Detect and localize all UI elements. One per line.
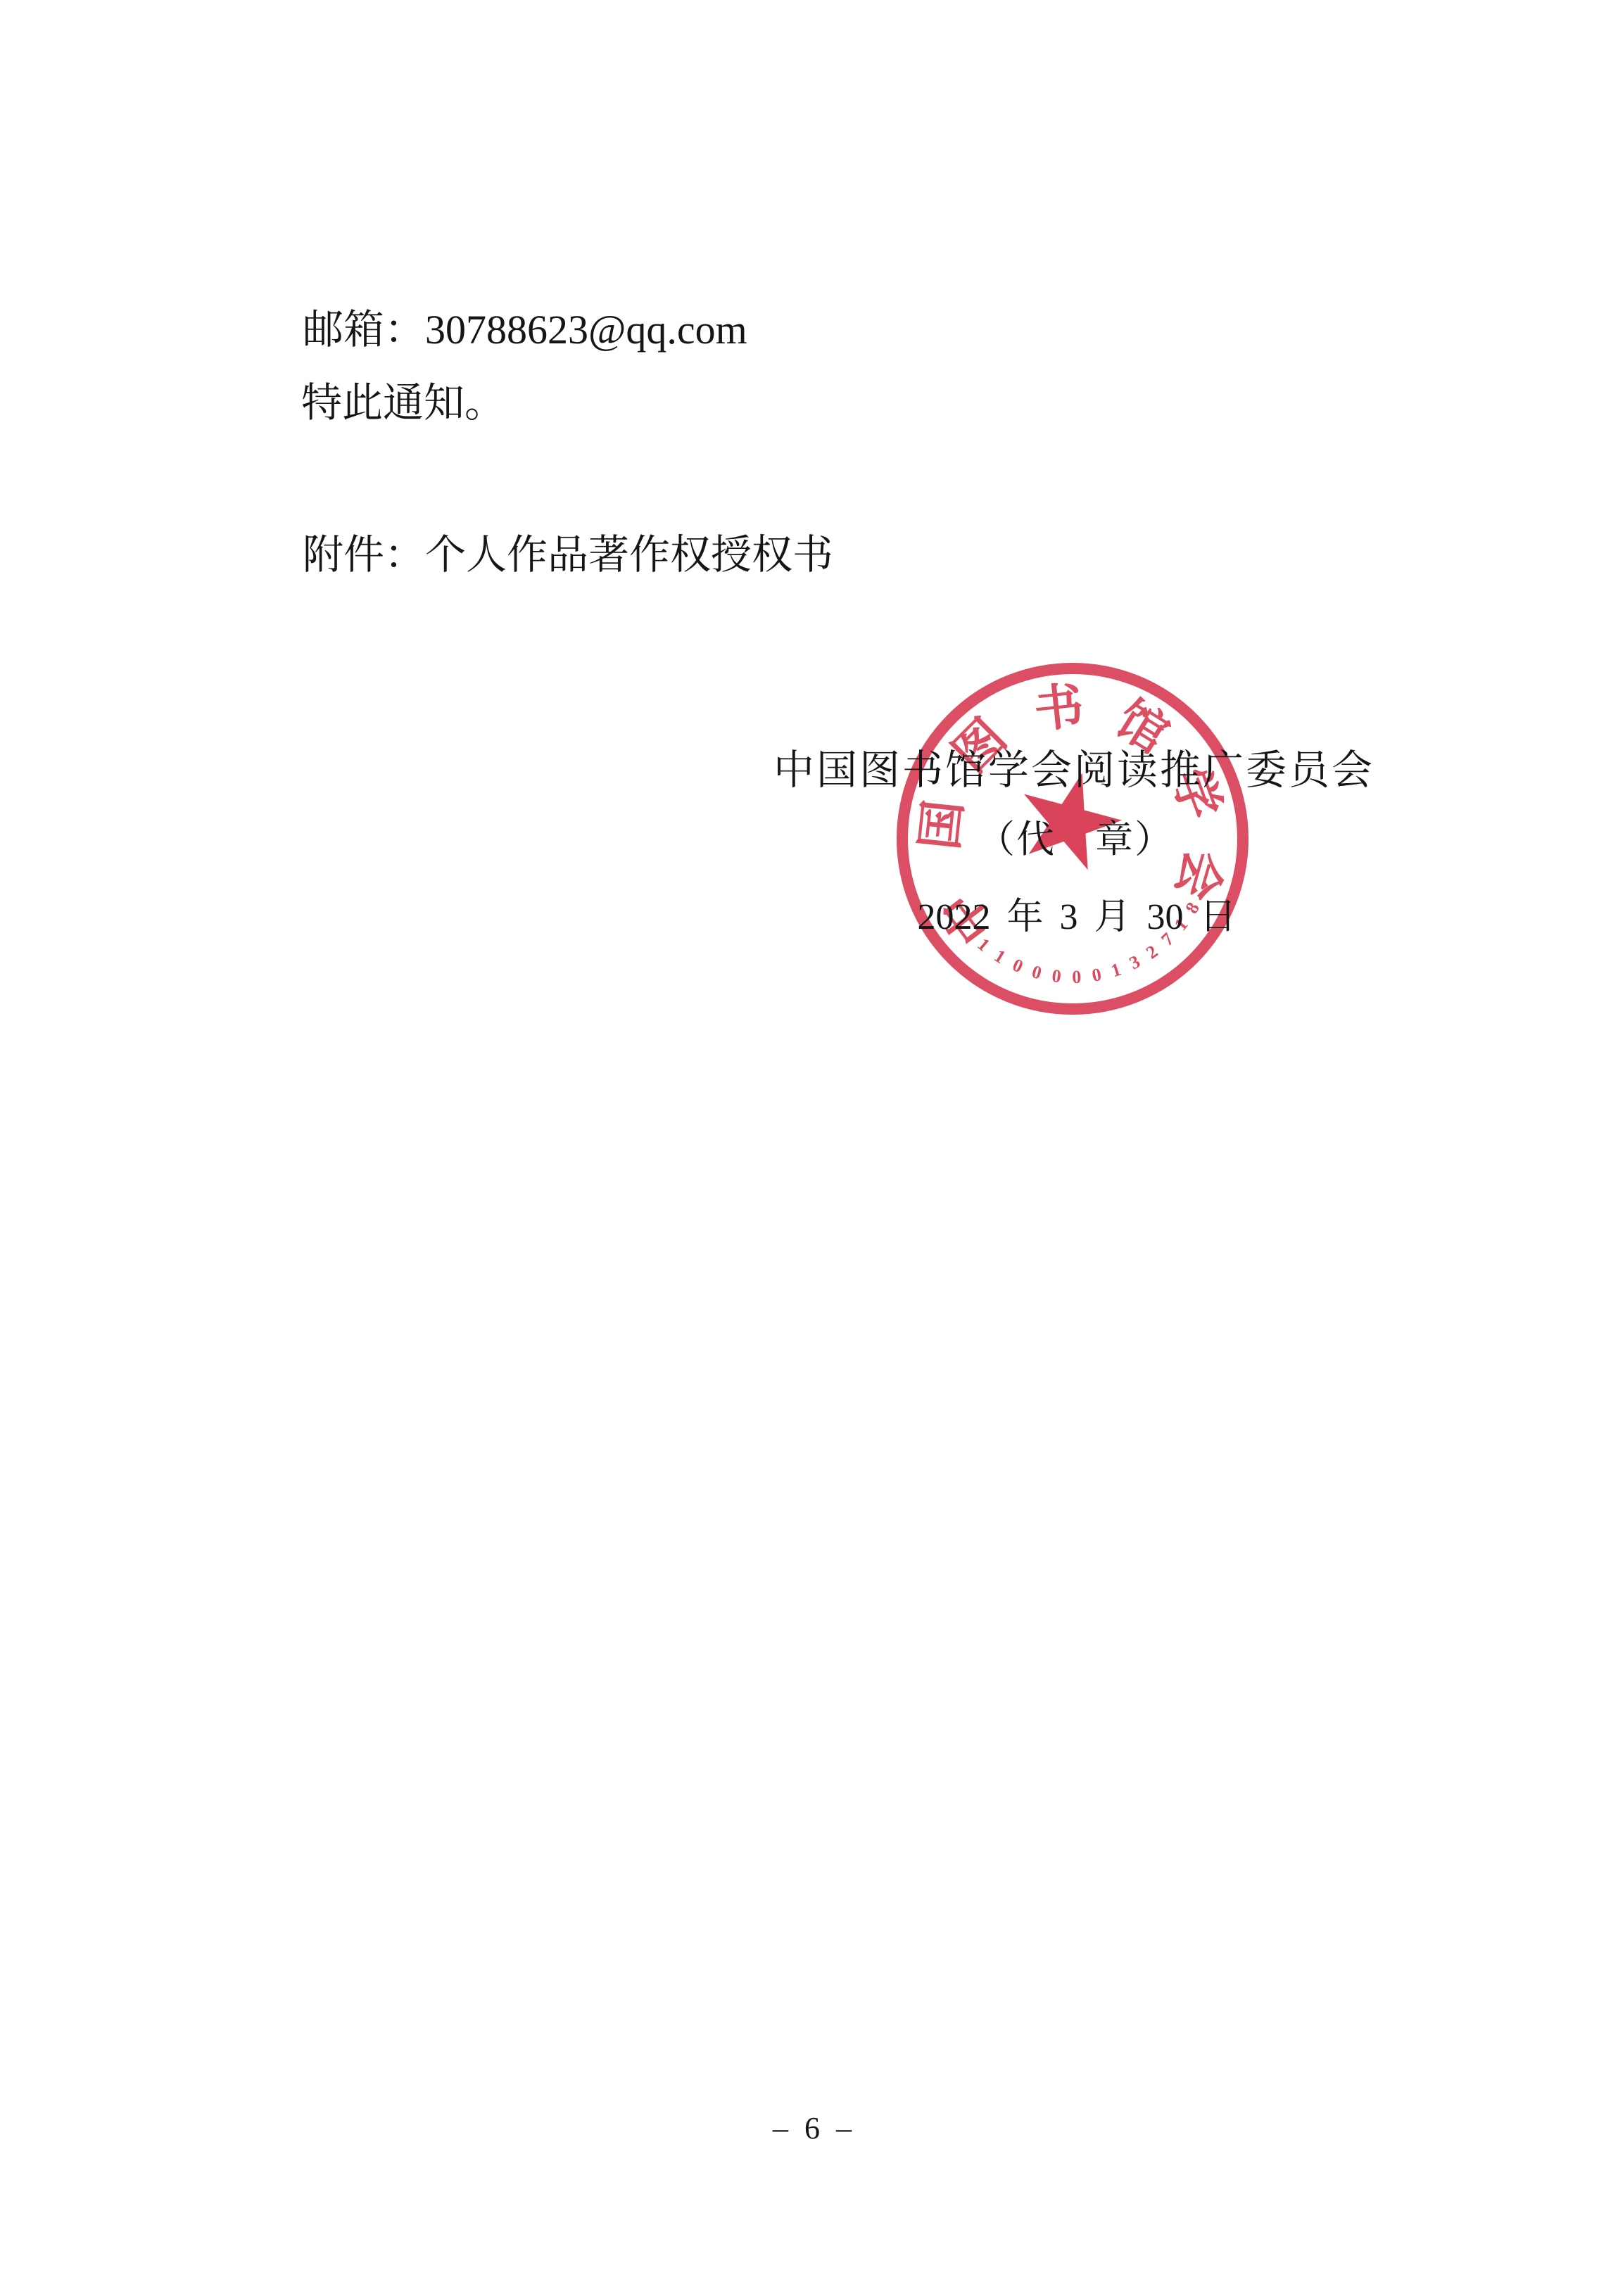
notice-line: 特此通知。 — [301, 383, 505, 424]
email-line: 邮箱：30788623@qq.com — [303, 310, 747, 350]
committee-signature-line: 中国图书馆学会阅读推广委员会 — [773, 750, 1374, 791]
seal-note-line: （代 章） — [977, 820, 1174, 858]
seal-ring-char: 国 — [916, 798, 971, 852]
date-line: 2022 年 3 月 30 日 — [917, 899, 1236, 936]
seal-serial-digit: 0 — [1072, 968, 1082, 987]
seal-ring-char: 书 — [1032, 683, 1086, 737]
document-page: 邮箱：30788623@qq.com 特此通知。 附件：个人作品著作权授权书 中… — [0, 0, 1618, 2296]
page-number: – 6 – — [773, 2113, 856, 2144]
attachment-line: 附件：个人作品著作权授权书 — [303, 535, 833, 576]
